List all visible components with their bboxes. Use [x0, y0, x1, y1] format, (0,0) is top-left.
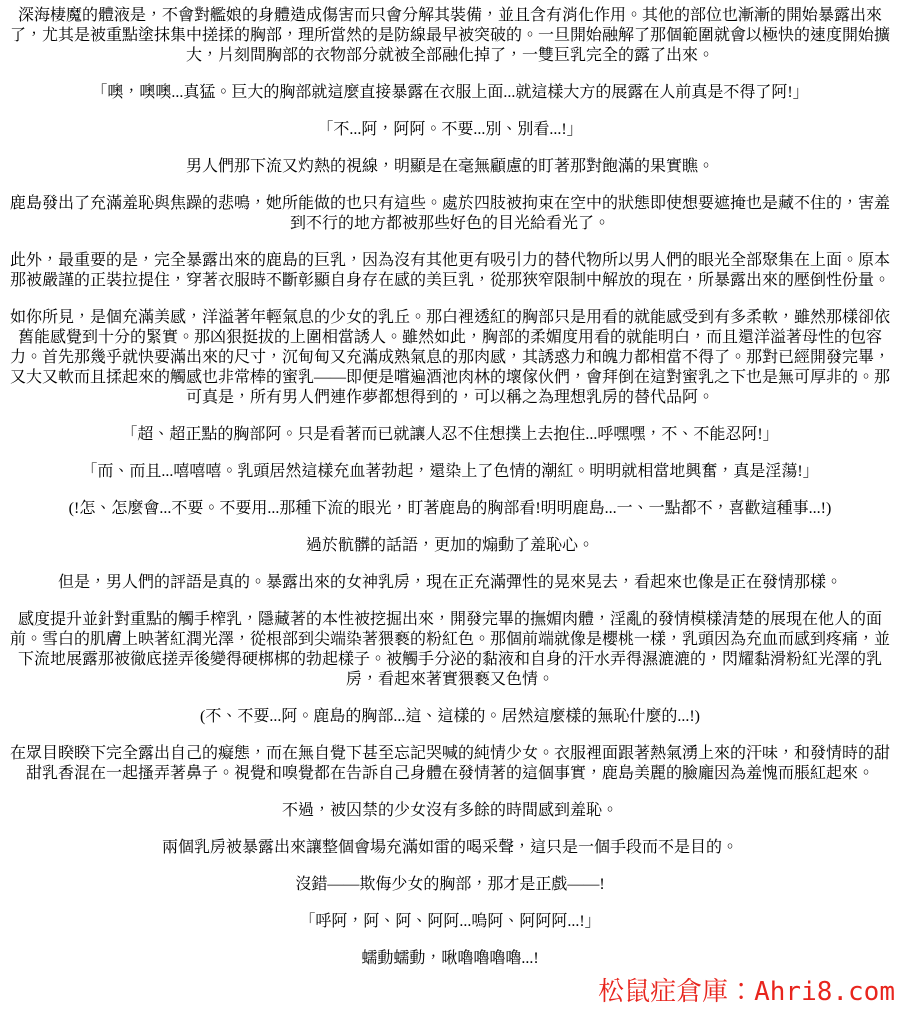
story-paragraph: 深海棲魔的體液是，不會對艦娘的身體造成傷害而只會分解其裝備，並且含有消化作用。其…: [5, 6, 895, 66]
story-paragraph: 過於骯髒的話語，更加的煽動了羞恥心。: [5, 536, 895, 556]
story-paragraph: 「噢，噢噢...真猛。巨大的胸部就這麼直接暴露在衣服上面...就這樣大方的展露在…: [5, 83, 895, 103]
story-paragraph: 鹿島發出了充滿羞恥與焦躁的悲鳴，她所能做的也只有這些。處於四肢被拘束在空中的狀態…: [5, 194, 895, 234]
story-paragraph: (!怎、怎麼會...不要。不要用...那種下流的眼光，盯著鹿島的胸部看!明明鹿島…: [5, 499, 895, 519]
story-paragraph: 感度提升並針對重點的觸手榨乳，隱藏著的本性被挖掘出來，開發完畢的撫媚肉體，淫亂的…: [5, 610, 895, 690]
story-paragraph: 「超、超正點的胸部阿。只是看著而已就讓人忍不住想撲上去抱住...呼嘿嘿，不、不能…: [5, 425, 895, 445]
story-paragraph: 在眾目睽睽下完全露出自己的癡態，而在無自覺下甚至忘記哭喊的純情少女。衣服裡面跟著…: [5, 744, 895, 784]
story-paragraph: 此外，最重要的是，完全暴露出來的鹿島的巨乳，因為沒有其他更有吸引力的替代物所以男…: [5, 251, 895, 291]
watermark-separator: ：: [728, 977, 754, 1006]
story-paragraph: 「不...阿，阿阿。不要...別、別看...!」: [5, 120, 895, 140]
story-paragraph: 「而、而且...嘻嘻嘻。乳頭居然這樣充血著勃起，還染上了色情的潮紅。明明就相當地…: [5, 462, 895, 482]
story-paragraph: 不過，被囚禁的少女沒有多餘的時間感到羞恥。: [5, 801, 895, 821]
watermark-site-url: Ahri8.com: [754, 977, 895, 1007]
story-paragraph: 如你所見，是個充滿美感，洋溢著年輕氣息的少女的乳丘。那白裡透紅的胸部只是用看的就…: [5, 308, 895, 408]
story-paragraph: 沒錯——欺侮少女的胸部，那才是正戲——!: [5, 875, 895, 895]
story-paragraph: 「呼阿，阿、阿、阿阿...嗚阿、阿阿阿...!」: [5, 912, 895, 932]
story-paragraph: 但是，男人們的評語是真的。暴露出來的女神乳房，現在正充滿彈性的晃來晃去，看起來也…: [5, 573, 895, 593]
story-paragraph: 蠕動蠕動，啾嚕嚕嚕嚕...!: [5, 949, 895, 969]
story-paragraph: 男人們那下流又灼熱的視線，明顯是在毫無顧慮的盯著那對飽滿的果實瞧。: [5, 157, 895, 177]
story-page: 深海棲魔的體液是，不會對艦娘的身體造成傷害而只會分解其裝備，並且含有消化作用。其…: [0, 0, 900, 1009]
story-paragraph: 兩個乳房被暴露出來讓整個會場充滿如雷的喝采聲，這只是一個手段而不是目的。: [5, 838, 895, 858]
site-watermark: 松鼠症倉庫：Ahri8.com: [598, 977, 895, 1007]
story-paragraph: (不、不要...阿。鹿島的胸部...這、這樣的。居然這麼樣的無恥什麼的...!): [5, 707, 895, 727]
watermark-site-name: 松鼠症倉庫: [598, 977, 728, 1006]
